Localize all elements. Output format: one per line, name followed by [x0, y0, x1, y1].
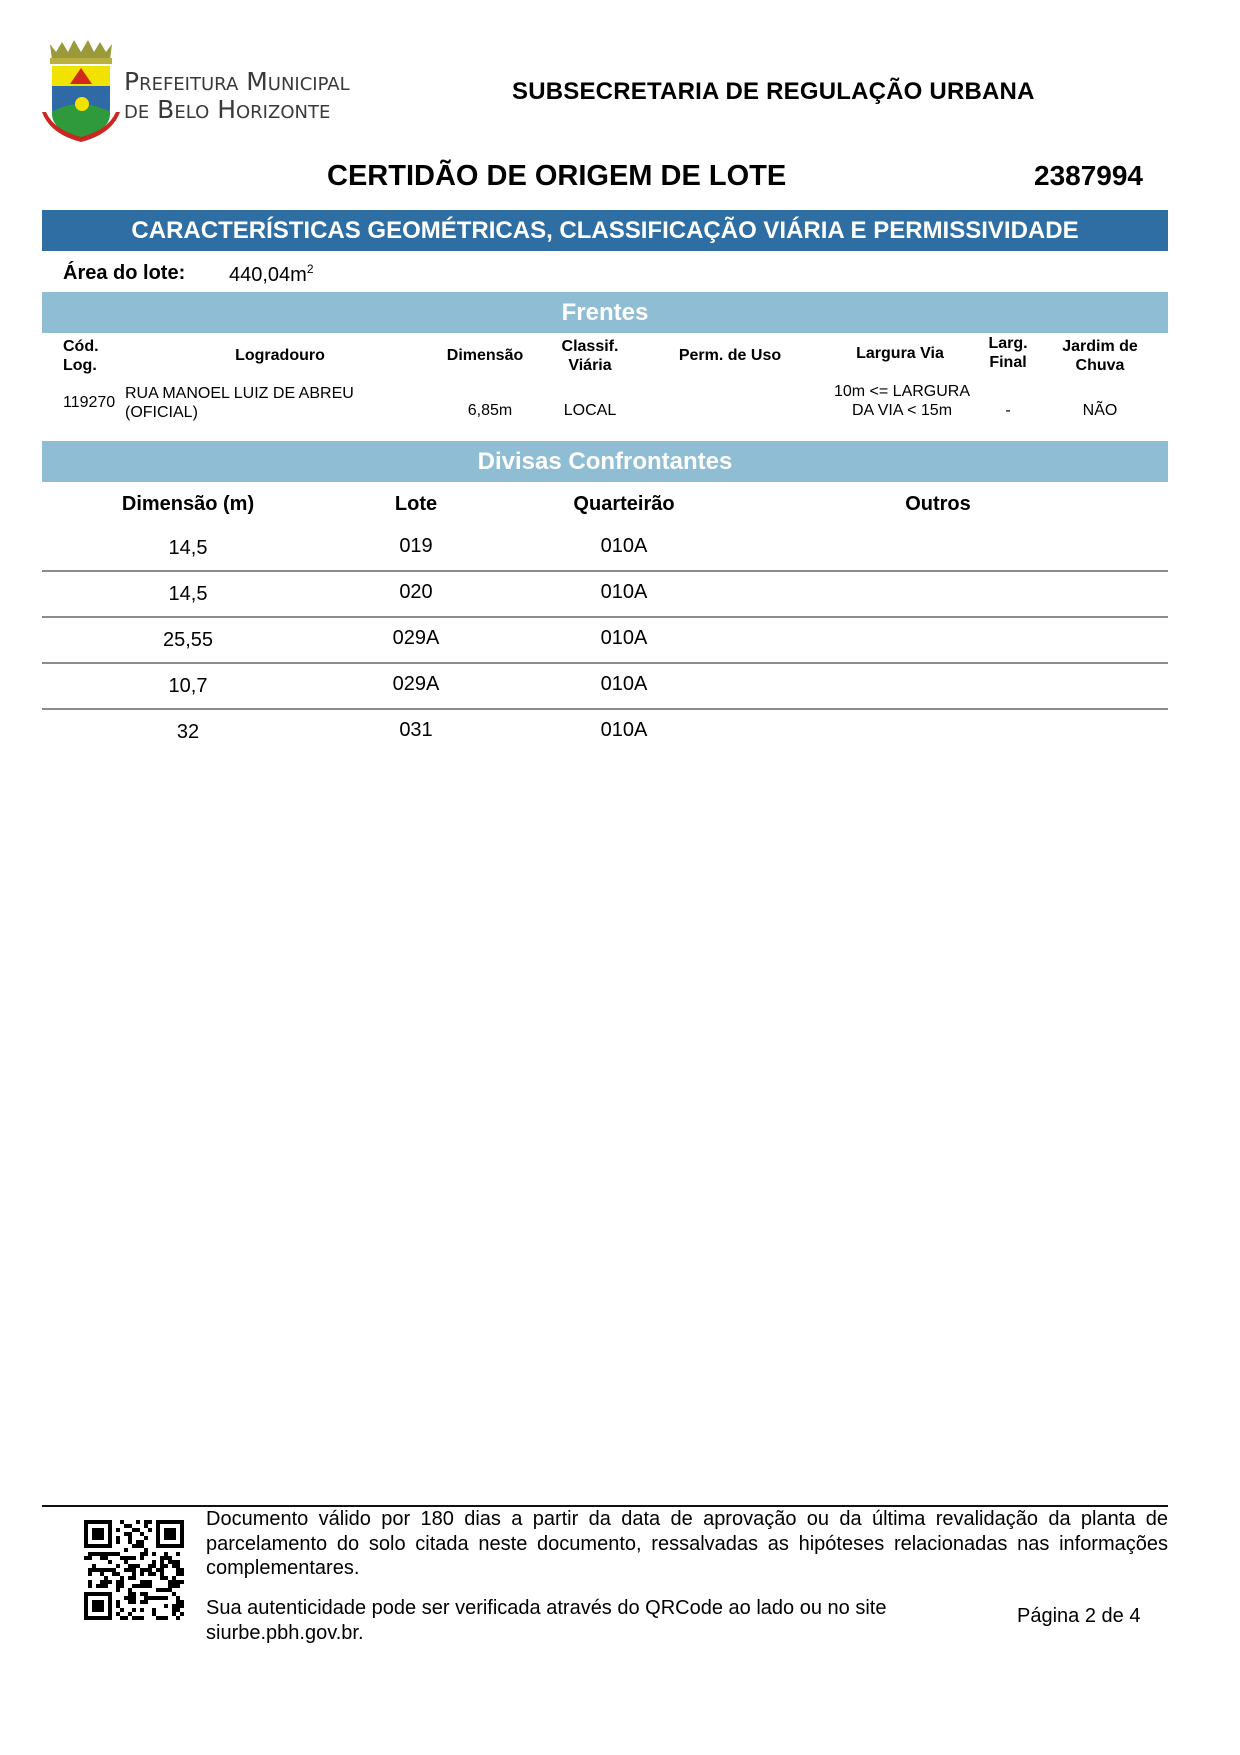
divisas-header: Divisas Confrontantes [42, 441, 1168, 482]
cell-dimensao: 14,5 [68, 583, 308, 606]
cell-quarteirao: 010A [504, 673, 744, 696]
page-number: Página 2 de 4 [1017, 1605, 1140, 1628]
col-header-larg-final: Larg. Final [980, 334, 1036, 372]
area-unit-exponent: 2 [307, 262, 314, 276]
col-header-lote: Lote [296, 493, 536, 516]
document-title: CERTIDÃO DE ORIGEM DE LOTE [327, 160, 786, 193]
table-row: 10,7 029A 010A [42, 662, 1168, 710]
cell-lote: 019 [296, 535, 536, 558]
city-coat-of-arms-icon [40, 38, 122, 144]
lot-area-label: Área do lote: [63, 262, 185, 285]
cell-dimensao: 10,7 [68, 675, 308, 698]
organization-name: Prefeitura Municipal de Belo Horizonte [124, 68, 350, 124]
cell-lote: 020 [296, 581, 536, 604]
col-header-outros: Outros [818, 493, 1058, 516]
frentes-header: Frentes [42, 292, 1168, 333]
org-name-line-1: Prefeitura Municipal [124, 68, 350, 96]
cell-quarteirao: 010A [504, 535, 744, 558]
validity-notice: Documento válido por 180 dias a partir d… [206, 1507, 1168, 1581]
cell-larg-final: - [990, 401, 1026, 420]
cell-quarteirao: 010A [504, 719, 744, 742]
document-number: 2387994 [1034, 160, 1143, 192]
authenticity-notice: Sua autenticidade pode ser verificada at… [206, 1596, 926, 1645]
col-header-largura-via: Largura Via [830, 344, 970, 363]
cell-dimensao: 25,55 [68, 629, 308, 652]
cell-quarteirao: 010A [504, 581, 744, 604]
table-row: 25,55 029A 010A [42, 616, 1168, 664]
cell-dimensao: 6,85m [440, 401, 540, 420]
col-header-classif-viaria: Classif. Viária [550, 337, 630, 375]
table-row: 14,5 019 010A [42, 524, 1168, 572]
org-name-line-2: de Belo Horizonte [124, 96, 350, 124]
cell-quarteirao: 010A [504, 627, 744, 650]
cell-lote: 029A [296, 627, 536, 650]
department-name: SUBSECRETARIA DE REGULAÇÃO URBANA [512, 78, 1035, 106]
cell-classif-viaria: LOCAL [550, 401, 630, 420]
lot-area-number: 440,04m [229, 264, 307, 286]
col-header-dimensao: Dimensão [435, 346, 535, 365]
col-header-dimensao-m: Dimensão (m) [68, 493, 308, 516]
cell-largura-via: 10m <= LARGURA DA VIA < 15m [832, 382, 972, 420]
col-header-quarteirao: Quarteirão [504, 493, 744, 516]
cell-cod-log: 119270 [63, 393, 115, 412]
cell-dimensao: 14,5 [68, 537, 308, 560]
section-header: CARACTERÍSTICAS GEOMÉTRICAS, CLASSIFICAÇ… [42, 210, 1168, 251]
cell-dimensao: 32 [68, 721, 308, 744]
col-header-logradouro: Logradouro [200, 346, 360, 365]
col-header-cod-log: Cód. Log. [63, 337, 123, 375]
lot-area-value: 440,04m2 [229, 262, 314, 287]
col-header-perm-uso: Perm. de Uso [660, 346, 800, 365]
cell-lote: 029A [296, 673, 536, 696]
cell-jardim-chuva: NÃO [1060, 401, 1140, 420]
cell-logradouro: RUA MANOEL LUIZ DE ABREU (OFICIAL) [125, 384, 385, 422]
table-row: 14,5 020 010A [42, 570, 1168, 618]
cell-lote: 031 [296, 719, 536, 742]
table-row: 32 031 010A [42, 708, 1168, 754]
qr-code-icon[interactable] [84, 1520, 184, 1620]
col-header-jardim-chuva: Jardim de Chuva [1055, 337, 1145, 375]
